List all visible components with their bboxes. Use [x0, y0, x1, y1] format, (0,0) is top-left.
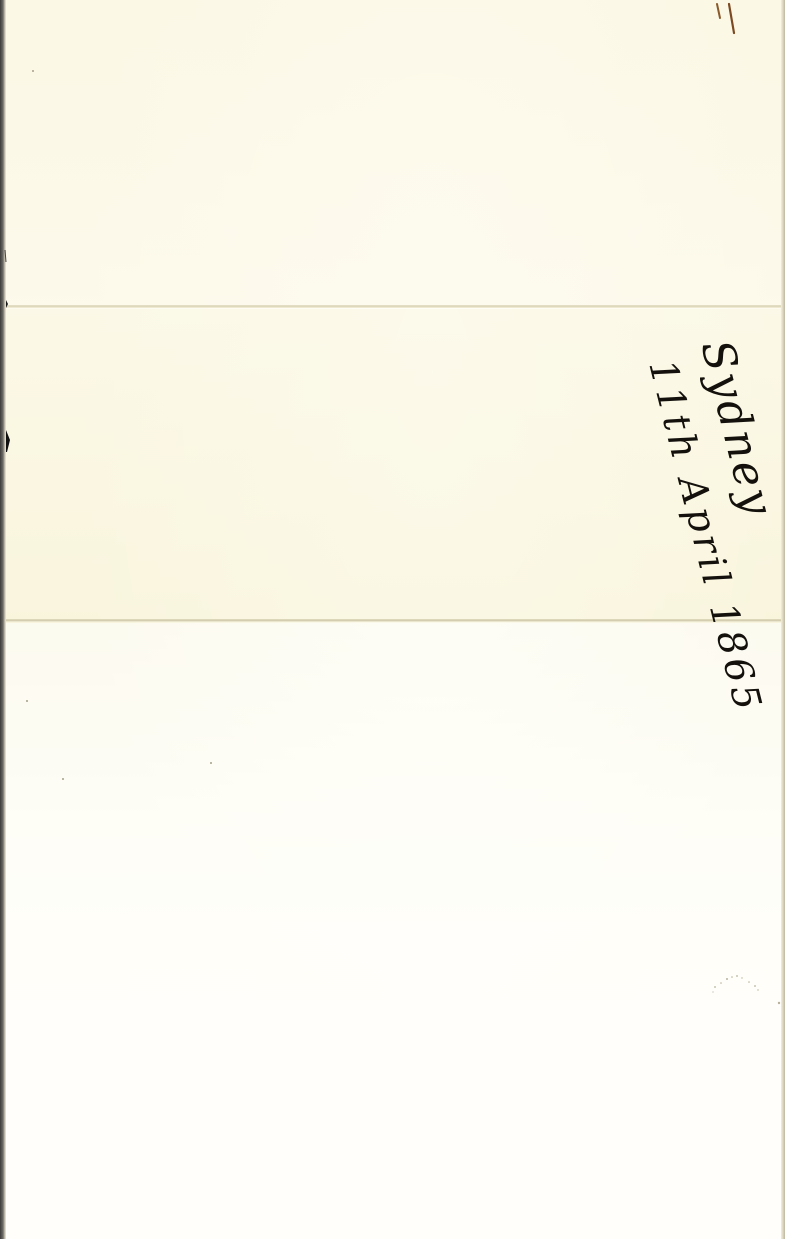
- paper-speck: [32, 70, 34, 72]
- docket-endorsement: Sydney 11th April 1865: [595, 325, 775, 615]
- right-page-edge: [781, 0, 785, 1239]
- fold-line-upper: [6, 305, 781, 308]
- fold-panel-bottom: [6, 623, 781, 1239]
- binding-marks: [0, 0, 10, 1239]
- paper-speck: [210, 762, 212, 764]
- document-sheet: Sydney 11th April 1865: [0, 0, 785, 1239]
- paper-speck: [62, 778, 64, 780]
- paper-speck: [26, 700, 28, 702]
- foxing-smudge: [705, 965, 785, 1015]
- fold-line-lower: [6, 619, 781, 622]
- corner-ink-marks: [705, 0, 745, 40]
- fold-panel-top: [6, 0, 781, 306]
